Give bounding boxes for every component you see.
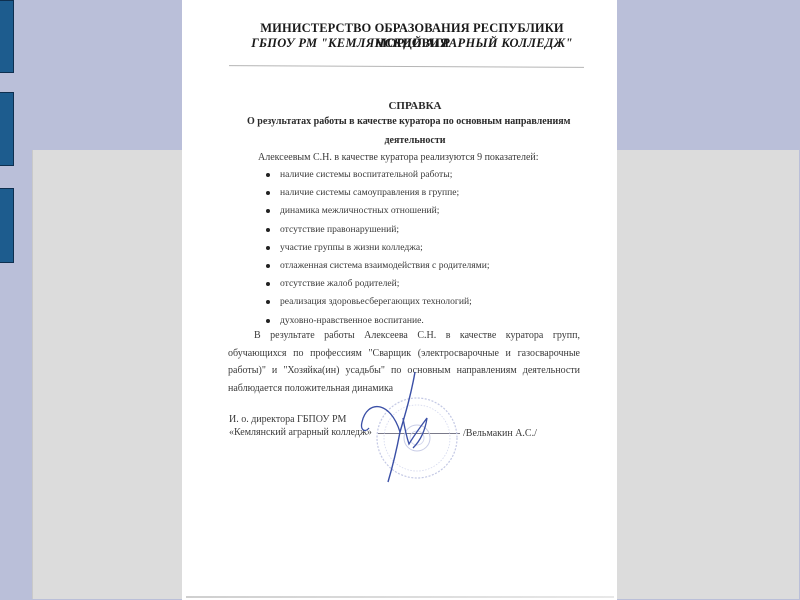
document-subtitle: О результатах работы в качестве куратора… bbox=[247, 116, 592, 127]
indicator-text: динамика межличностных отношений; bbox=[280, 205, 439, 216]
indicator-text: отсутствие правонарушений; bbox=[280, 224, 399, 235]
list-item: наличие системы воспитательной работы; bbox=[265, 166, 490, 184]
indicator-list: наличие системы воспитательной работы; н… bbox=[265, 166, 490, 330]
indicator-text: наличие системы самоуправления в группе; bbox=[280, 187, 459, 198]
indicator-text: участие группы в жизни колледжа; bbox=[280, 242, 423, 253]
bullet-icon bbox=[266, 319, 270, 323]
bullet-icon bbox=[266, 228, 270, 232]
page-edge bbox=[186, 596, 614, 598]
conclusion-line: обучающихся по профессиям "Сварщик (элек… bbox=[228, 345, 580, 363]
bullet-icon bbox=[266, 173, 270, 177]
indicator-text: отлаженная система взаимодействия с роди… bbox=[280, 260, 490, 271]
signature-icon bbox=[345, 370, 465, 490]
list-item: участие группы в жизни колледжа; bbox=[265, 239, 490, 257]
bullet-icon bbox=[266, 282, 270, 286]
bullet-icon bbox=[266, 246, 270, 250]
list-item: наличие системы самоуправления в группе; bbox=[265, 184, 490, 202]
bullet-icon bbox=[266, 209, 270, 213]
bullet-icon bbox=[266, 191, 270, 195]
list-item: отсутствие правонарушений; bbox=[265, 221, 490, 239]
indicator-text: отсутствие жалоб родителей; bbox=[280, 278, 399, 289]
list-item: отлаженная система взаимодействия с роди… bbox=[265, 257, 490, 275]
indicator-text: наличие системы воспитательной работы; bbox=[280, 169, 452, 180]
accent-bar-top bbox=[0, 0, 14, 73]
list-item: отсутствие жалоб родителей; bbox=[265, 275, 490, 293]
bullet-icon bbox=[266, 300, 270, 304]
indicator-text: духовно-нравственное воспитание. bbox=[280, 315, 424, 326]
conclusion-line: В результате работы Алексеева С.Н. в кач… bbox=[228, 327, 580, 345]
intro-text: Алексеевым С.Н. в качестве куратора реал… bbox=[258, 152, 539, 163]
signatory-position: И. о. директора ГБПОУ РМ bbox=[229, 414, 346, 425]
list-item: реализация здоровьесберегающих технологи… bbox=[265, 293, 490, 311]
signatory-name: /Вельмакин А.С./ bbox=[463, 428, 537, 439]
accent-bar-bottom bbox=[0, 188, 14, 263]
bullet-icon bbox=[266, 264, 270, 268]
list-item: динамика межличностных отношений; bbox=[265, 202, 490, 220]
institution-header: ГБПОУ РМ "КЕМЛЯНСКИЙ АГРАРНЫЙ КОЛЛЕДЖ" bbox=[222, 36, 602, 51]
indicator-text: реализация здоровьесберегающих технологи… bbox=[280, 296, 472, 307]
document-title: СПРАВКА bbox=[240, 100, 590, 112]
document-subtitle-cont: деятельности bbox=[240, 135, 590, 146]
accent-bar-middle bbox=[0, 92, 14, 166]
